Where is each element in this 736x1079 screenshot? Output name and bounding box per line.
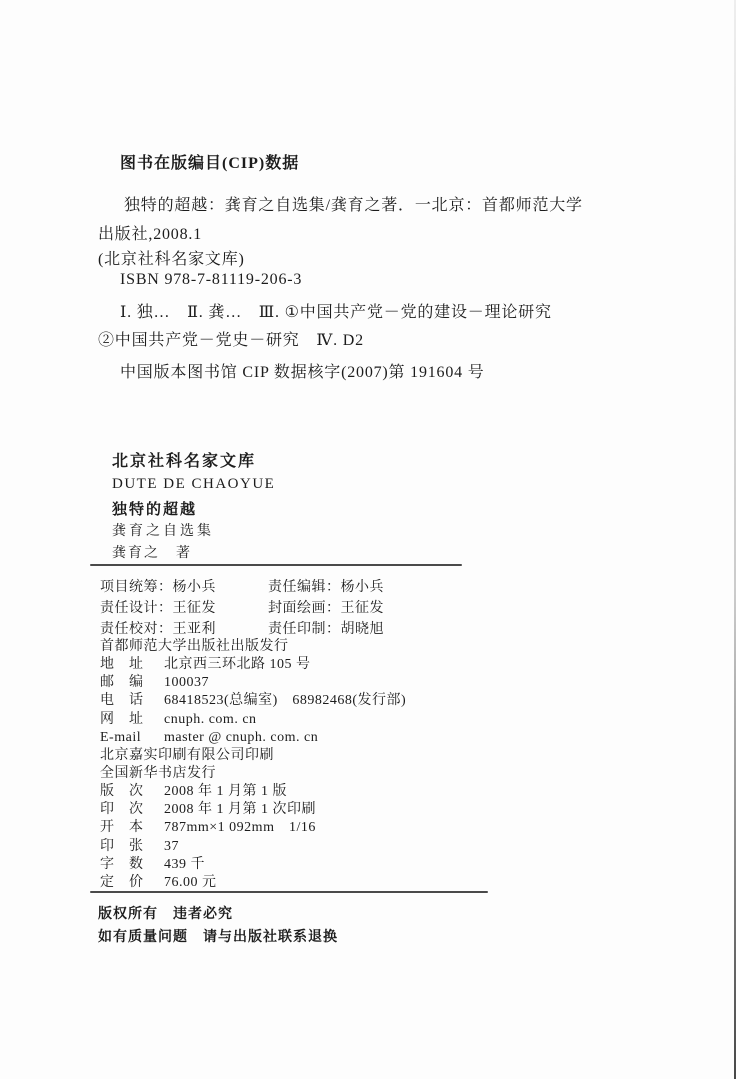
printer-text: 北京嘉实印刷有限公司印刷 — [100, 747, 274, 765]
divider-rule-top — [90, 564, 462, 566]
spec-row-impression: 印 次 2008 年 1 月第 1 次印刷 — [100, 801, 580, 819]
spec-value: 787mm×1 092mm 1/16 — [164, 819, 316, 837]
cip-series-note: (北京社科名家文库) — [98, 246, 245, 269]
spec-label: 定 价 — [100, 874, 152, 892]
spec-label: 字 数 — [100, 856, 152, 874]
cip-isbn: ISBN 978-7-81119-206-3 — [120, 271, 302, 289]
credit-right: 责任编辑：杨小兵 — [268, 577, 384, 598]
spec-row-wordcount: 字 数 439 千 — [100, 856, 580, 874]
info-label: 地 址 — [100, 656, 152, 674]
credit-right: 责任印制：胡晓旭 — [268, 619, 384, 640]
spec-row-sheets: 印 张 37 — [100, 838, 580, 856]
spec-label: 印 张 — [100, 838, 152, 856]
book-author: 龚育之 著 — [112, 542, 192, 562]
cip-classification-line-1: Ⅰ. 独… Ⅱ. 龚… Ⅲ. ①中国共产党－党的建设－理论研究 — [120, 299, 552, 322]
info-label: 电 话 — [100, 692, 152, 710]
spec-value: 439 千 — [164, 856, 205, 874]
info-label: E-mail — [100, 729, 152, 747]
spec-row-price: 定 价 76.00 元 — [100, 874, 580, 892]
cip-heading: 图书在版编目(CIP)数据 — [120, 150, 299, 173]
cip-title-line-1: 独特的超越：龚育之自选集/龚育之著．一北京：首都师范大学 — [124, 192, 583, 215]
spec-value: 2008 年 1 月第 1 版 — [164, 783, 287, 801]
printer-line: 北京嘉实印刷有限公司印刷 — [100, 747, 580, 765]
series-title: 北京社科名家文库 — [112, 448, 256, 471]
quality-notice: 如有质量问题 请与出版社联系退换 — [98, 926, 338, 946]
publisher-text: 首都师范大学出版社出版发行 — [100, 638, 289, 656]
info-value: 100037 — [164, 674, 209, 692]
credit-left: 责任校对：王亚利 — [100, 622, 216, 637]
info-label: 邮 编 — [100, 674, 152, 692]
spec-label: 印 次 — [100, 801, 152, 819]
distribution-text: 全国新华书店发行 — [100, 765, 216, 783]
book-subtitle: 龚育之自选集 — [112, 520, 214, 540]
info-row-postcode: 邮 编 100037 — [100, 674, 580, 692]
book-copyright-page: { "cip": { "heading": "图书在版编目(CIP)数据", "… — [0, 0, 736, 1079]
book-title: 独特的超越 — [112, 498, 197, 519]
credit-right: 封面绘画：王征发 — [268, 598, 384, 619]
divider-rule-bottom — [90, 891, 488, 893]
spec-row-format: 开 本 787mm×1 092mm 1/16 — [100, 819, 580, 837]
info-label: 网 址 — [100, 711, 152, 729]
credit-left: 责任设计：王征发 — [100, 601, 216, 616]
info-row-phone: 电 话 68418523(总编室) 68982468(发行部) — [100, 692, 580, 710]
credit-row: 责任校对：王亚利 责任印制：胡晓旭 — [100, 619, 520, 640]
cip-record-number: 中国版本图书馆 CIP 数据核字(2007)第 191604 号 — [120, 359, 485, 382]
info-row-website: 网 址 cnuph. com. cn — [100, 711, 580, 729]
info-row-address: 地 址 北京西三环北路 105 号 — [100, 656, 580, 674]
credit-row: 项目统筹：杨小兵 责任编辑：杨小兵 — [100, 577, 520, 598]
cip-title-line-2: 出版社,2008.1 — [98, 221, 202, 244]
info-row-email: E-mail master @ cnuph. com. cn — [100, 729, 580, 747]
copyright-notice: 版权所有 违者必究 — [98, 903, 233, 923]
publisher-line: 首都师范大学出版社出版发行 — [100, 638, 580, 656]
credit-row: 责任设计：王征发 封面绘画：王征发 — [100, 598, 520, 619]
spec-label: 开 本 — [100, 819, 152, 837]
spec-value: 76.00 元 — [164, 874, 217, 892]
info-value: master @ cnuph. com. cn — [164, 729, 318, 747]
credits-block: 项目统筹：杨小兵 责任编辑：杨小兵 责任设计：王征发 封面绘画：王征发 责任校对… — [100, 577, 520, 640]
spec-label: 版 次 — [100, 783, 152, 801]
romanized-title: DUTE DE CHAOYUE — [112, 476, 275, 493]
info-value: 68418523(总编室) 68982468(发行部) — [164, 692, 406, 710]
info-value: 北京西三环北路 105 号 — [164, 656, 311, 674]
info-value: cnuph. com. cn — [164, 711, 257, 729]
spec-value: 2008 年 1 月第 1 次印刷 — [164, 801, 316, 819]
spec-value: 37 — [164, 838, 179, 856]
distribution-line: 全国新华书店发行 — [100, 765, 580, 783]
credit-left: 项目统筹：杨小兵 — [100, 580, 216, 595]
colophon-block: 首都师范大学出版社出版发行 地 址 北京西三环北路 105 号 邮 编 1000… — [100, 638, 580, 892]
cip-classification-line-2: ②中国共产党－党史－研究 Ⅳ. D2 — [98, 327, 364, 350]
spec-row-edition: 版 次 2008 年 1 月第 1 版 — [100, 783, 580, 801]
